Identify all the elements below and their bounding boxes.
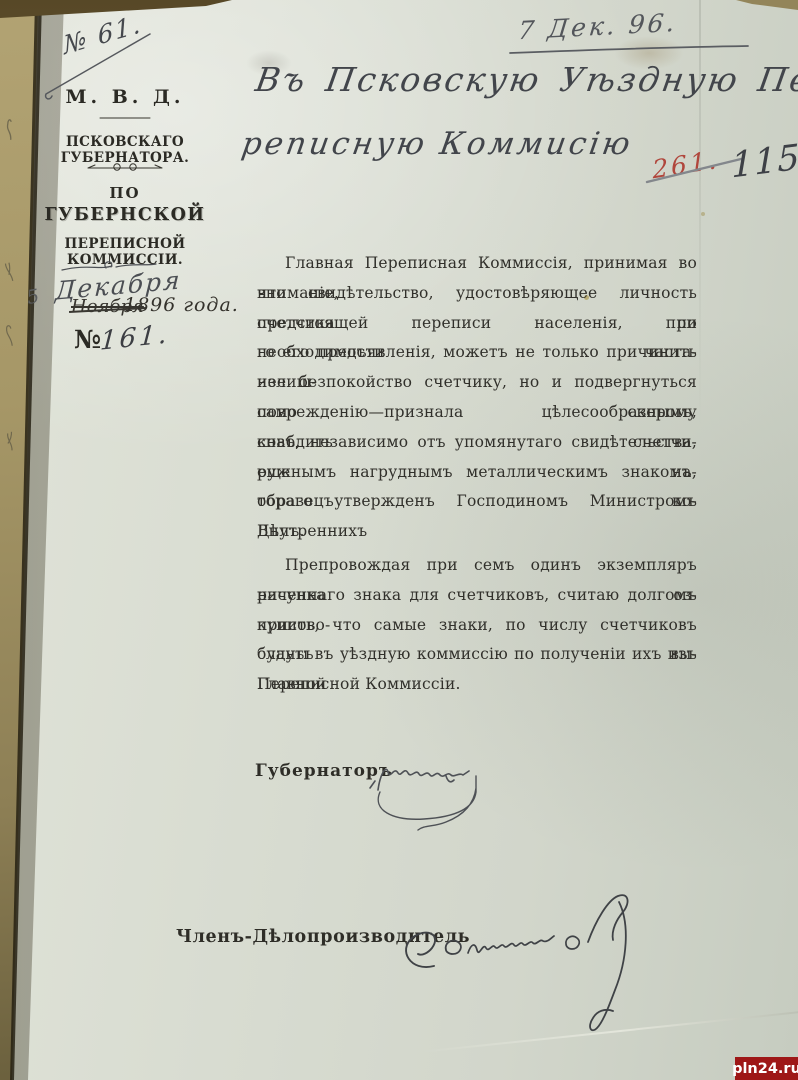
address-line-2: реписную Коммисію (239, 126, 635, 162)
governor-signature (362, 748, 522, 833)
ornament-divider-icon (98, 113, 152, 123)
body-line: поврежденію—признала цѣлесообразнымъ, сн… (257, 398, 697, 428)
body-line: нее безпокойство счетчику, но и подвергн… (257, 368, 697, 398)
body-line: ружнымъ нагруднымъ металлическимъ знаком… (257, 458, 697, 488)
body-line: Переписной Коммиссіи. (257, 670, 697, 700)
body-paragraph-1: Главная Переписная Коммиссія, принимая в… (257, 249, 697, 547)
body-line: го его предъявленія, можетъ не только пр… (257, 338, 697, 368)
letterhead-gubernskoy: ГУБЕРНСКОЙ (28, 205, 222, 225)
body-line: Главная Переписная Коммиссія, принимая в… (257, 249, 697, 279)
body-line: ковъ, независимо отъ упомянутаго свидѣте… (257, 428, 697, 458)
document-photo: М. В. Д. ПСКОВСКАГО ГУБЕРНАТОРА. ПО ГУБЕ… (0, 0, 798, 1080)
body-line: наченнаго знака для счетчиковъ, считаю д… (257, 581, 697, 611)
clerk-signature (382, 890, 677, 1040)
corner-number-flourish (42, 28, 154, 100)
archive-page-number: 115 (731, 138, 798, 187)
ornament-divider-icon (86, 160, 164, 174)
margin-note: 5 (25, 285, 41, 309)
paper-speck (701, 212, 705, 216)
body-line: что свидѣтельство, удостовѣряющее личнос… (257, 279, 697, 309)
body-paragraph-2: Препровождая при семъ одинъ экземпляръ р… (257, 551, 697, 700)
handwritten-doc-number: 161. (99, 319, 171, 357)
body-line: предстоящей переписи населенія, при необ… (257, 309, 697, 339)
address-line-1: Въ Псковскую Уѣздную Пе- (253, 60, 798, 99)
body-line: сланы въ уѣздную коммиссію по полученіи … (257, 640, 697, 670)
printed-year: 1896 года. (124, 294, 239, 316)
letterhead-po: ПО (28, 184, 222, 202)
date-note-underline (508, 44, 752, 56)
watermark-badge: pln24.ru (735, 1057, 798, 1080)
pencil-strike-line (645, 152, 745, 186)
body-line: Препровождая при семъ одинъ экземпляръ р… (257, 551, 697, 581)
body-line: купить, что самые знаки, по числу счетчи… (257, 611, 697, 641)
body-line: тораго утвержденъ Господиномъ Министромъ… (257, 487, 697, 517)
number-sign: № (74, 325, 101, 354)
